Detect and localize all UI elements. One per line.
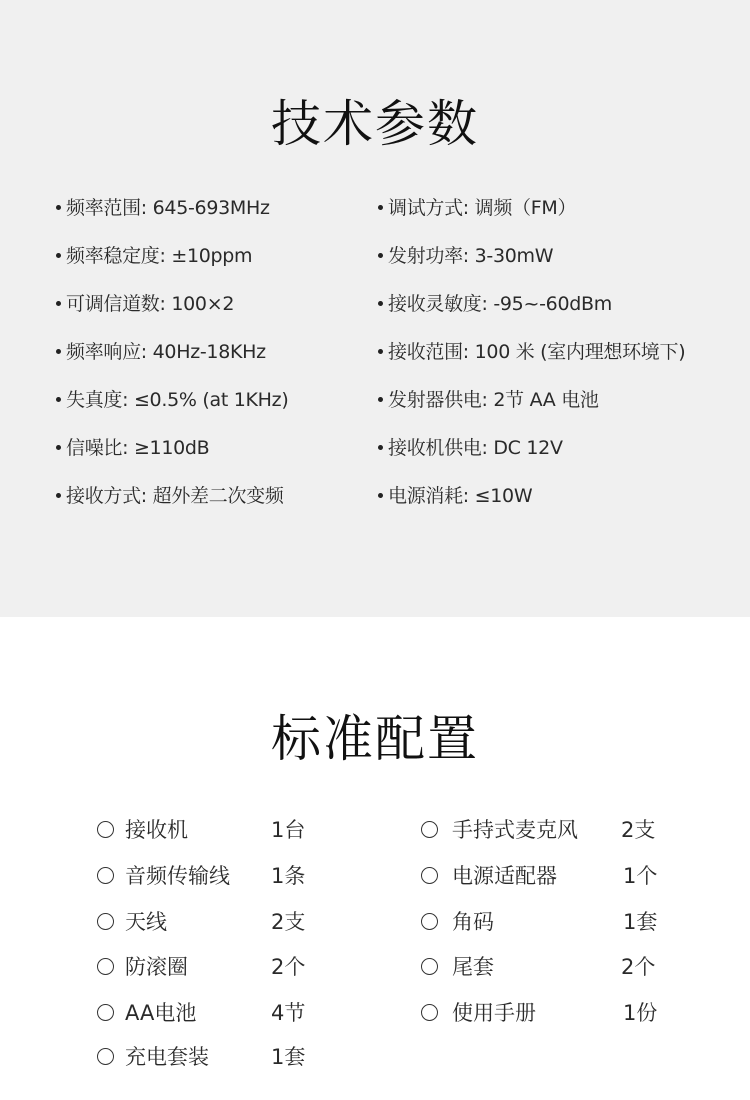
- spec-item: 发射功率: 3-30mW: [378, 242, 553, 270]
- spec-item: 失真度: ≤0.5% (at 1KHz): [56, 386, 288, 414]
- circle-icon: [421, 913, 438, 930]
- config-item: 充电套装1套: [97, 1042, 114, 1072]
- circle-icon: [97, 913, 114, 930]
- spec-item: 接收范围: 100 米 (室内理想环境下): [378, 338, 685, 366]
- bullet-icon: [378, 397, 383, 402]
- spec-item: 频率范围: 645-693MHz: [56, 194, 270, 222]
- config-item: 手持式麦克风2支: [421, 815, 438, 845]
- circle-icon: [421, 958, 438, 975]
- spec-item: 调试方式: 调频（FM）: [378, 194, 576, 222]
- bullet-icon: [56, 349, 61, 354]
- circle-icon: [97, 1004, 114, 1021]
- spec-item: 频率稳定度: ±10ppm: [56, 242, 252, 270]
- bullet-icon: [56, 205, 61, 210]
- config-item: 角码1套: [421, 907, 438, 937]
- bullet-icon: [378, 349, 383, 354]
- bullet-icon: [378, 445, 383, 450]
- specs-section: 技术参数 频率范围: 645-693MHz 频率稳定度: ±10ppm 可调信道…: [0, 0, 750, 617]
- circle-icon: [97, 867, 114, 884]
- spec-item: 发射器供电: 2节 AA 电池: [378, 386, 599, 414]
- config-section: 标准配置 接收机1台 音频传输线1条 天线2支 防滚圈2个 AA电池4节 充电套…: [0, 617, 750, 1100]
- circle-icon: [421, 821, 438, 838]
- config-item: 音频传输线1条: [97, 861, 114, 891]
- bullet-icon: [378, 301, 383, 306]
- circle-icon: [421, 1004, 438, 1021]
- bullet-icon: [378, 205, 383, 210]
- spec-item: 信噪比: ≥110dB: [56, 434, 209, 462]
- spec-item: 电源消耗: ≤10W: [378, 482, 532, 510]
- circle-icon: [97, 958, 114, 975]
- spec-item: 频率响应: 40Hz-18KHz: [56, 338, 266, 366]
- spec-item: 接收方式: 超外差二次变频: [56, 482, 284, 510]
- bullet-icon: [56, 445, 61, 450]
- config-item: 防滚圈2个: [97, 952, 114, 982]
- config-title: 标准配置: [0, 699, 750, 771]
- circle-icon: [97, 821, 114, 838]
- config-item: 接收机1台: [97, 815, 114, 845]
- config-item: 使用手册1份: [421, 998, 438, 1028]
- specs-title: 技术参数: [0, 84, 750, 156]
- config-item: 电源适配器1个: [421, 861, 438, 891]
- bullet-icon: [378, 253, 383, 258]
- bullet-icon: [56, 493, 61, 498]
- bullet-icon: [56, 397, 61, 402]
- spec-item: 可调信道数: 100×2: [56, 290, 234, 318]
- circle-icon: [97, 1048, 114, 1065]
- config-item: 天线2支: [97, 907, 114, 937]
- spec-item: 接收灵敏度: -95~-60dBm: [378, 290, 612, 318]
- bullet-icon: [56, 301, 61, 306]
- config-item: AA电池4节: [97, 998, 114, 1028]
- bullet-icon: [378, 493, 383, 498]
- circle-icon: [421, 867, 438, 884]
- bullet-icon: [56, 253, 61, 258]
- spec-item: 接收机供电: DC 12V: [378, 434, 563, 462]
- config-item: 尾套2个: [421, 952, 438, 982]
